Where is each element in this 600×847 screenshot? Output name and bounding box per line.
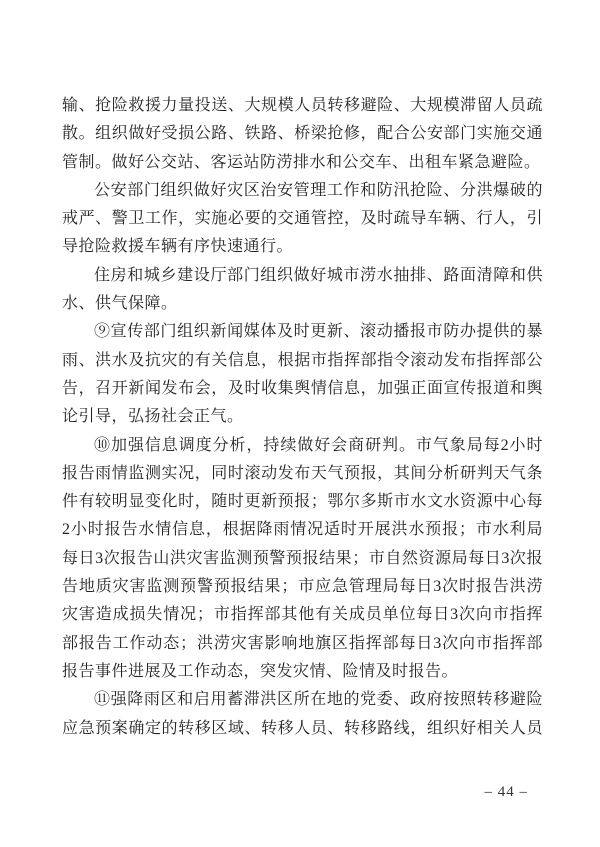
text-line: 应急预案确定的转移区域、转移人员、转移路线，组织好相关人员 xyxy=(62,715,543,743)
text-line: 住房和城乡建设厅部门组织做好城市涝水抽排、路面清障和供 xyxy=(62,262,543,290)
text-line: 报告雨情监测实况，同时滚动发布天气预报，其间分析研判天气条 xyxy=(62,460,543,488)
text-line: 部报告工作动态；洪涝灾害影响地旗区指挥部每日3次向市指挥部 xyxy=(62,630,543,658)
text-line: 公安部门组织做好灾区治安管理工作和防汛抢险、分洪爆破的 xyxy=(62,177,543,205)
text-line: 灾害造成损失情况；市指挥部其他有关成员单位每日3次向市指挥 xyxy=(62,601,543,629)
text-line: 水、供气保障。 xyxy=(62,290,543,318)
text-line: 报告事件进展及工作动态，突发灾情、险情及时报告。 xyxy=(62,658,543,686)
text-line: 雨、洪水及抗灾的有关信息，根据市指挥部指令滚动发布指挥部公 xyxy=(62,347,543,375)
text-line: 戒严、警卫工作，实施必要的交通管控，及时疏导车辆、行人，引 xyxy=(62,205,543,233)
text-line: 论引导，弘扬社会正气。 xyxy=(62,403,543,431)
text-line: 每日3次报告山洪灾害监测预警预报结果；市自然资源局每日3次报 xyxy=(62,545,543,573)
body-text: 输、抢险救援力量投送、大规模人员转移避险、大规模滞留人员疏散。组织做好受损公路、… xyxy=(62,92,543,743)
text-line: ⑩加强信息调度分析，持续做好会商研判。市气象局每2小时 xyxy=(62,432,543,460)
text-line: ⑨宣传部门组织新闻媒体及时更新、滚动播报市防办提供的暴 xyxy=(62,318,543,346)
text-line: 输、抢险救援力量投送、大规模人员转移避险、大规模滞留人员疏 xyxy=(62,92,543,120)
text-line: 告地质灾害监测预警预报结果；市应急管理局每日3次时报告洪涝 xyxy=(62,573,543,601)
text-line: 2小时报告水情信息，根据降雨情况适时开展洪水预报；市水利局 xyxy=(62,516,543,544)
document-page: 输、抢险救援力量投送、大规模人员转移避险、大规模滞留人员疏散。组织做好受损公路、… xyxy=(0,0,600,847)
text-line: 告，召开新闻发布会，及时收集舆情信息，加强正面宣传报道和舆 xyxy=(62,375,543,403)
text-line: 管制。做好公交站、客运站防涝排水和公交车、出租车紧急避险。 xyxy=(62,149,543,177)
page-number: – 44 – xyxy=(485,782,529,802)
text-line: ⑪强降雨区和启用蓄滞洪区所在地的党委、政府按照转移避险 xyxy=(62,686,543,714)
text-line: 导抢险救援车辆有序快速通行。 xyxy=(62,233,543,261)
text-line: 散。组织做好受损公路、铁路、桥梁抢修，配合公安部门实施交通 xyxy=(62,120,543,148)
text-line: 件有较明显变化时，随时更新预报；鄂尔多斯市水文水资源中心每 xyxy=(62,488,543,516)
